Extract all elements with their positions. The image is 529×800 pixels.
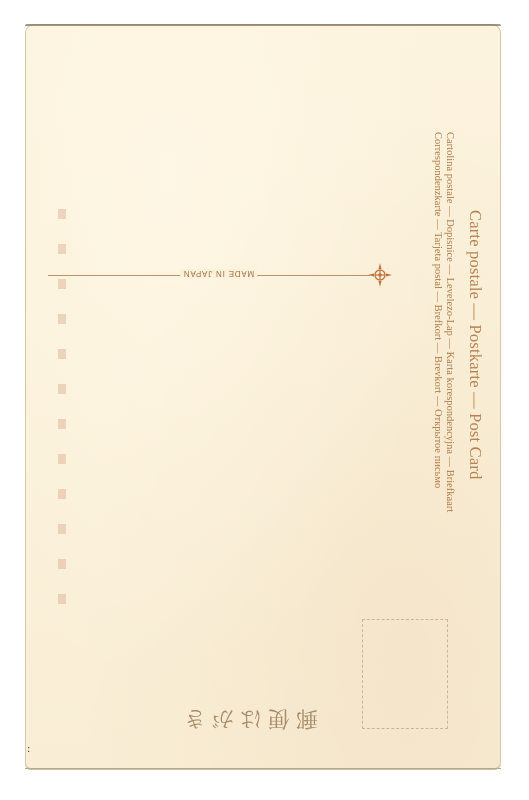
postcard-translations-line-1: Cartolina postale — Dopisnice — Levelezo… <box>444 132 455 512</box>
postcard-title: Carte postale — Postkarte — Post Card <box>465 210 485 480</box>
japanese-postcard-label: 郵便はがき <box>178 704 318 735</box>
stamp-placement-box <box>362 619 448 729</box>
postcard-translations-line-2: Correspondenzkarte — Tarjeta postal — Br… <box>432 132 443 488</box>
faded-edge-marks <box>58 209 66 629</box>
corner-mark: : <box>27 748 30 752</box>
made-in-japan-label: MADE IN JAPAN <box>180 269 257 278</box>
cross-circle-ornament-icon <box>367 262 393 288</box>
